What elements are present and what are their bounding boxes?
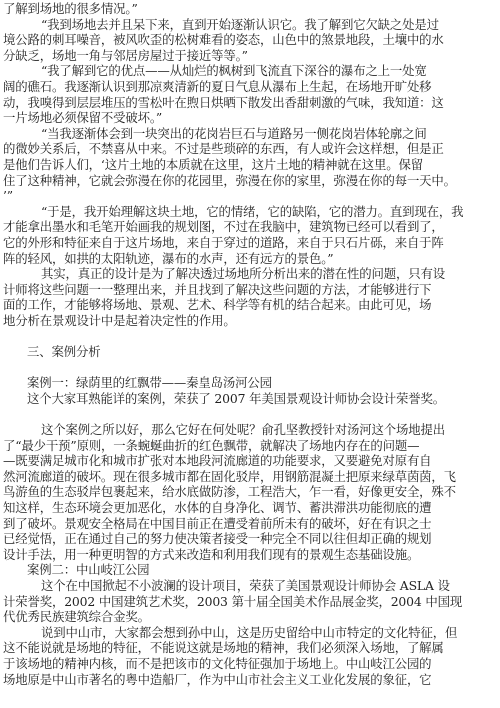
text-line: 计师将这些问题一一整理出来，并且找到了解决这些问题的方法，才能够进行下: [3, 282, 497, 298]
text-line: 设计手法，用一种更明智的方式来改造和利用我们现有的景观生态基础设施。: [3, 547, 497, 563]
text-line: 的微妙关系后，不禁喜从中来。不过是些琐碎的东西，有人或许会这样想，但是正: [3, 141, 497, 157]
text-line: 其实，真正的设计是为了解决透过场地所分析出来的潜在性的问题，只有设: [3, 266, 497, 282]
text-line: 了解到场地的很多情况。”: [3, 1, 497, 17]
text-line: 于该场地的精神内核，而不是把该市的文化特征强加于场地上。中山岐江公园的: [3, 656, 497, 672]
text-line: 这个在中国掀起不小波澜的设计项目，荣获了美国景观设计师协会 ASLA 设: [3, 578, 497, 594]
text-line: “于是，我开始理解这块土地，它的情绪，它的缺陷，它的潜力。直到现在，我: [3, 204, 497, 220]
text-line: “我到场地去并且呆下来，直到开始逐渐认识它。我了解到它欠缺之处是过: [3, 17, 497, 33]
text-line: 代优秀民族建筑综合金奖。: [3, 609, 497, 625]
case1-intro: 这个大家耳熟能详的案例，荣获了 2007 年美国景观设计师协会设计荣誉奖。: [3, 391, 497, 407]
case1-title: 案例一：绿荫里的红飘带——秦皇岛汤河公园: [3, 375, 497, 391]
section-heading: 三、案例分析: [3, 344, 497, 360]
text-line: 阵的轻风，如拱的太阳轨迹，瀑布的水声，还有远方的景色。”: [3, 251, 497, 267]
text-line: 才能拿出墨水和毛笔开始画我的规划图，不过在我脑中，建筑物已经可以看到了，: [3, 219, 497, 235]
text-line: 鸟游鱼的生态驳岸包裹起来，给水底做防渗，工程浩大，乍一看，好像更安全，殊不: [3, 484, 497, 500]
text-line: 分缺乏，场地一角与邻居房屋过于接近等等。”: [3, 48, 497, 64]
text-line: 动，我嗅得到层层堆压的雪松叶在煦日烘晒下散发出香甜刺激的气味，我知道：这: [3, 95, 497, 111]
text-line: 住了这种精神，它就会弥漫在你的花园里，弥漫在你的家里，弥漫在你的每一天中。: [3, 173, 497, 189]
text-line: 这不能说就是场地的特征，不能说这就是场地的精神，我们必须深入场地，了解属: [3, 640, 497, 656]
text-line: 计荣誉奖，2002 中国建筑艺术奖，2003 第十届全国美术作品展金奖，2004…: [3, 594, 497, 610]
text-line: 它的外形和特征来自于这片场地，来自于穿过的道路，来自于只石片砾，来自于阵: [3, 235, 497, 251]
spacer: [3, 406, 497, 422]
text-line: “我了解到它的优点——从灿烂的枫树到飞流直下深谷的瀑布之上一处宽: [3, 63, 497, 79]
text-line: “当我逐渐体会到一块突出的花岗岩巨石与道路另一侧花岗岩体轮廓之间: [3, 126, 497, 142]
spacer: [3, 328, 497, 344]
text-line: 到了破坏。景观安全格局在中国目前正在遭受着前所未有的破坏，好在有识之士: [3, 516, 497, 532]
spacer: [3, 360, 497, 376]
text-line: 一片场地必须保留不受破坏。”: [3, 110, 497, 126]
text-line: ’”: [3, 188, 497, 204]
text-line: 是他们告诉人们，‘这片土地的本质就在这里，这片土地的精神就在这里。保留: [3, 157, 497, 173]
text-line: 地分析在景观设计中是起着决定性的作用。: [3, 313, 497, 329]
text-line: —既要满足城市化和城市扩张对本地段河流廊道的功能要求，又要避免对原有自: [3, 453, 497, 469]
text-line: 说到中山市，大家都会想到孙中山，这是历史留给中山市特定的文化特征，但: [3, 625, 497, 641]
document-page: 了解到场地的很多情况。” “我到场地去并且呆下来，直到开始逐渐认识它。我了解到它…: [3, 1, 497, 687]
text-line: 境公路的刺耳噪音，被风吹歪的松树难看的姿态，山色中的煞景地段，土壤中的水: [3, 32, 497, 48]
text-line: 了“最少干预”原则，一条蜿蜒曲折的红色飘带，就解决了场地内存在的问题—: [3, 438, 497, 454]
text-line: 知这样，生态环境会更加恶化，水体的自身净化、调节、蓄洪滞洪功能彻底的遭: [3, 500, 497, 516]
text-line: 已经觉悟，正在通过自己的努力使决策者接受一种完全不同以往但却正确的规划: [3, 531, 497, 547]
text-line: 面的工作，才能够将场地、景观、艺术、科学等有机的结合起来。由此可见，场: [3, 297, 497, 313]
text-line: 场地原是中山市著名的粤中造船厂，作为中山市社会主义工业化发展的象征，它: [3, 672, 497, 688]
text-line: 阔的礁石。我逐渐认识到那凉爽清新的夏日气息从瀑布上生起，在场地开旷处移: [3, 79, 497, 95]
text-line: 这个案例之所以好，那么它好在何处呢？俞孔坚教授针对汤河这个场地提出: [3, 422, 497, 438]
text-line: 然河流廊道的破坏。现在很多城市都在固化驳岸，用钢筋混凝土把原来绿草茵茵，飞: [3, 469, 497, 485]
case2-title: 案例二：中山岐江公园: [3, 562, 497, 578]
